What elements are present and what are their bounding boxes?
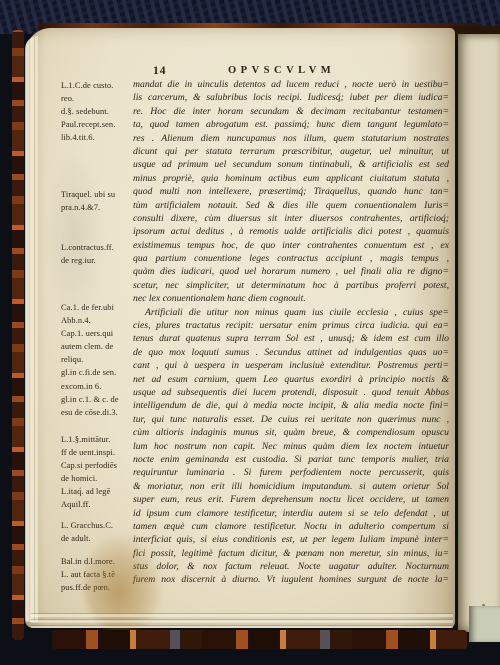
body-text-line: ipsorum actui deditus , à remotis ualde …	[133, 225, 449, 238]
body-text-line: cant , qui à uespera in uesperam inclusi…	[133, 359, 449, 372]
body-text-line: res . Alienum diem nuncupamus nos illum,…	[133, 132, 449, 145]
body-text-line: nec lex conuentionalem hanc diem cognoui…	[133, 292, 449, 305]
body-text-line: existimemus tempus hoc, de quo inter con…	[133, 239, 449, 252]
margin-note-line: Abb.n.4.	[61, 314, 133, 327]
margin-note-line: Tiraquel. ubi su	[61, 188, 133, 201]
margin-note-group: Tiraquel. ubi supra.n.4.&7.	[61, 188, 133, 214]
margin-note-line: de reg.iur.	[61, 254, 133, 267]
book-page: 14 OPVSCVLVM L.1.C.de custo.reo.d.§. sed…	[25, 28, 455, 628]
body-text-line: ta, quod tamen abrogatum est. passimq́; …	[133, 118, 449, 131]
margin-note-group: L.contractus.ff.de reg.iur.	[61, 241, 133, 267]
body-text-line: qua partium conuentione leges contractus…	[133, 252, 449, 265]
body-text-line: requiruntur luminaria . Si furem perfodi…	[133, 466, 449, 479]
margin-note-line: L.itaq́. ad legē	[61, 485, 133, 498]
body-text-line: cies, plures tractatus recipit: uersatur…	[133, 319, 449, 332]
body-text-column: mandat die in uinculis detentos ad lucem…	[133, 78, 449, 587]
margin-note-line: pra.n.4.&7.	[61, 201, 133, 214]
body-text-line: mandat die in uinculis detentos ad lucem…	[133, 78, 449, 91]
body-text-line: scetur, nec simpliciter, ut determinatum…	[133, 279, 449, 292]
margin-note-line: excom.in 6.	[61, 380, 133, 393]
body-text-line: nocte enim geminanda est custodia. Si pa…	[133, 453, 449, 466]
body-text-line: tenus durat quatenus supra terram Sol es…	[133, 332, 449, 345]
body-text-line: usque ad subsequentis diei lucem protend…	[133, 386, 449, 399]
body-text-line: tamen æquè cum clamore testificetur. Noc…	[133, 520, 449, 533]
facing-page-edge	[458, 34, 500, 632]
body-text-line: dicunt qui per statuta terrarum præscrib…	[133, 145, 449, 158]
margin-note-line: reliqu.	[61, 353, 133, 366]
book-block-bottom-right	[469, 606, 500, 642]
body-text-line: net ad esum carnium, quem Leo quartus ex…	[133, 373, 449, 386]
margin-note-group: L.1.§.mittātur.ff de uent.inspi.Cap.si p…	[61, 433, 133, 512]
body-text-line: fici possit, legitimè factum dicitur, & …	[133, 547, 449, 560]
body-text-line: re. Hoc die inter horam secundam & decim…	[133, 105, 449, 118]
body-text-line: usque ad primum uel secundum sonum tinti…	[133, 158, 449, 171]
margin-note-line: L.1.C.de custo.	[61, 79, 133, 92]
margin-note-line: Cap.1. uers.qui	[61, 327, 133, 340]
margin-note-line: de homici.	[61, 472, 133, 485]
margin-note-line: esu de cōse.di.3.	[61, 406, 133, 419]
body-text-line: consulti dixere, cùm diuersus sit inter …	[133, 212, 449, 225]
body-text-line: quàm dies iudicari, quod uel horarum num…	[133, 265, 449, 278]
body-text-line: de quo mox loquuti sumus . Secundus atti…	[133, 346, 449, 359]
margin-note-line: Cap.si perfodiēs	[61, 459, 133, 472]
body-text-line: & moriatur, non erit illi homicidium imp…	[133, 480, 449, 493]
margin-note-line: lib.4.tit.6.	[61, 131, 133, 144]
body-text-line: furem nox discernit à diurno. Vt iugulen…	[133, 573, 449, 586]
margin-note-line: autem clem. de	[61, 340, 133, 353]
margin-note-line: Paul.recept.sen.	[61, 118, 133, 131]
running-title: OPVSCVLVM	[228, 65, 335, 76]
body-text-line: intelligendum de die, qui à media nocte …	[133, 399, 449, 412]
margin-note-line: gl.in c.fi.de sen.	[61, 366, 133, 379]
margin-note-line: ff de uent.inspi.	[61, 446, 133, 459]
margin-note-line: gl.in c.1. & c. de	[61, 393, 133, 406]
body-text-line: cùm altioris indaginis munus sit, quàm b…	[133, 426, 449, 439]
body-text-line: tùm artificialem notauit. Sed & dies ill…	[133, 199, 449, 212]
body-text-line: Artificiali die utitur non minus quam iu…	[133, 306, 449, 319]
margin-note-line: Ca.1. de fer.ubi	[61, 301, 133, 314]
body-text-line: stus dolor, & nox factum releuat. Nocte …	[133, 560, 449, 573]
margin-note-group: Ca.1. de fer.ubiAbb.n.4.Cap.1. uers.quia…	[61, 301, 133, 419]
margin-note-line: Aquil.ff.	[61, 498, 133, 511]
book-cover-bottom-edge	[52, 630, 467, 649]
margin-note-line: L. Gracchus.C.	[61, 519, 133, 532]
body-text-line: minus propriè, quia hominum actibus eum …	[133, 172, 449, 185]
book-cover-left-edge	[12, 30, 24, 640]
body-text-line: quod multi non intellexere, præsertimq́;…	[133, 185, 449, 198]
margin-note-line: L.1.§.mittātur.	[61, 433, 133, 446]
margin-note-line: L.contractus.ff.	[61, 241, 133, 254]
margin-note-line: d.§. sedebunt.	[61, 105, 133, 118]
book-photograph: 14 OPVSCVLVM L.1.C.de custo.reo.d.§. sed…	[0, 0, 500, 665]
page-stain	[83, 533, 163, 633]
body-text-line: lis carcerum, & salubribus locis recipi.…	[133, 91, 449, 104]
body-text-line: tur, qui tunc naturalis esset. De cuius …	[133, 413, 449, 426]
body-text-line: super eum, reus erit. Furem deprehensum …	[133, 493, 449, 506]
margin-note-group: L.1.C.de custo.reo.d.§. sedebunt.Paul.re…	[61, 79, 133, 144]
body-text-line: interficiat quis, si eius conditionis es…	[133, 533, 449, 546]
margin-note-line: reo.	[61, 92, 133, 105]
body-text-line: lum hoc nostrum non capit. Nec minus quà…	[133, 440, 449, 453]
folio-number: 14	[153, 65, 167, 77]
body-text-line: id ipsum cum clamore testificetur, inter…	[133, 507, 449, 520]
